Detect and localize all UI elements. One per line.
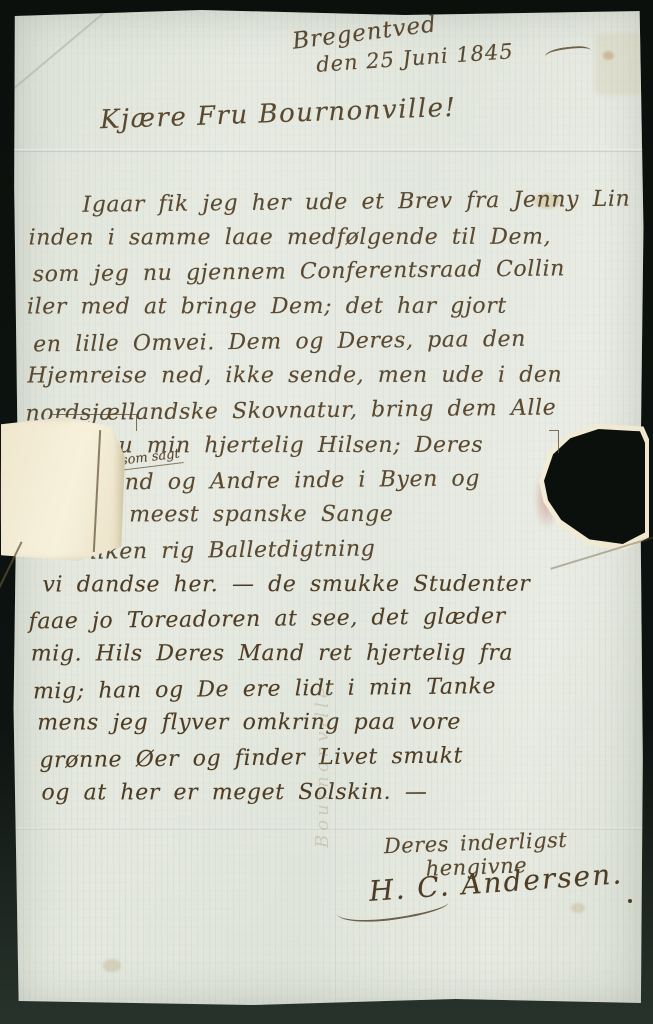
letter-line: Igaar fik jeg her ude et Brev fra Jenny … — [24, 183, 630, 225]
pen-stroke-bracket — [50, 414, 137, 431]
photo-of-letter: Bregentved den 25 Juni 1845 Kjære Fru Bo… — [0, 0, 653, 1024]
ghost-show-through-text: Bournonville — [312, 548, 333, 848]
stain-spot — [103, 959, 121, 972]
fold-crease-horizontal — [11, 149, 646, 152]
stamp-show-through — [595, 33, 651, 95]
letter-line: en lille Omvei. Dem og Deres, paa den — [25, 321, 631, 363]
signature-period-dot — [628, 899, 632, 903]
corner-crease — [0, 0, 128, 103]
letter-line: som jeg nu gjennem Conferentsraad Collin — [25, 252, 631, 294]
letter-line: Hjemreise ned, ikke sende, men ude i den — [25, 359, 631, 395]
stain-spot — [571, 903, 585, 913]
letter-line: iler med at bringe Dem; det har gjort — [25, 290, 631, 326]
stain-spot — [603, 51, 614, 60]
torn-paper-flap — [1, 417, 125, 561]
pen-stroke-bracket — [549, 430, 559, 453]
letter-line: inden i samme laae medfølgende til Dem, — [25, 220, 631, 256]
